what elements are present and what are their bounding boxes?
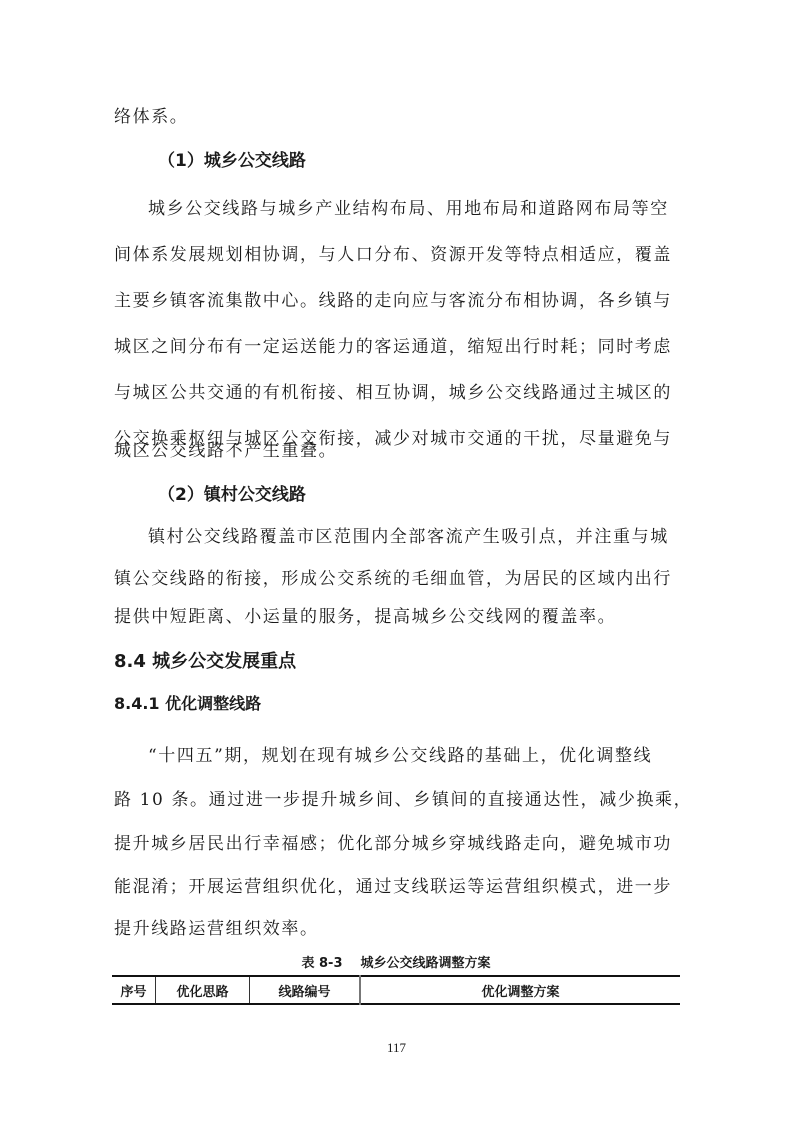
section-heading: 8.4 城乡公交发展重点 xyxy=(114,650,296,674)
table-caption-title: 城乡公交线路调整方案 xyxy=(361,956,491,971)
table-caption-number: 表 8-3 xyxy=(301,956,342,971)
header-approach: 优化思路 xyxy=(156,976,250,1004)
sub-heading-urban-rural-lines: （1）城乡公交线路 xyxy=(158,150,306,172)
paragraph-line: 能混淆；开展运营组织优化，通过支线联运等运营组织模式，进一步 xyxy=(114,876,684,898)
paragraph-line: 主要乡镇客流集散中心。线路的走向应与客流分布相协调，各乡镇与 xyxy=(114,290,684,312)
paragraph-line: 与城区公共交通的有机衔接、相互协调，城乡公交线路通过主城区的 xyxy=(114,382,684,404)
paragraph-line: 间体系发展规划相协调，与人口分布、资源开发等特点相适应，覆盖 xyxy=(114,244,684,266)
paragraph-line: 提升线路运营组织效率。 xyxy=(114,918,684,940)
paragraph-line: 城区之间分布有一定运送能力的客运通道，缩短出行时耗；同时考虑 xyxy=(114,336,684,358)
route-adjustment-table: 序号 优化思路 线路编号 优化调整方案 xyxy=(112,975,680,1005)
header-index: 序号 xyxy=(112,976,156,1004)
table-header-row: 序号 优化思路 线路编号 优化调整方案 xyxy=(112,976,680,1004)
paragraph-line: 路 10 条。通过进一步提升城乡间、乡镇间的直接通达性，减少换乘， xyxy=(114,789,684,811)
subsection-heading: 8.4.1 优化调整线路 xyxy=(114,693,261,715)
table-caption: 表 8-3城乡公交线路调整方案 xyxy=(112,952,680,971)
sub-heading-town-village-lines: （2）镇村公交线路 xyxy=(158,484,306,506)
paragraph-line: 络体系。 xyxy=(114,106,684,128)
paragraph-line: “十四五”期，规划在现有城乡公交线路的基础上，优化调整线 xyxy=(148,745,684,767)
paragraph-line: 城乡公交线路与城乡产业结构布局、用地布局和道路网布局等空 xyxy=(148,198,684,220)
paragraph-line: 镇村公交线路覆盖市区范围内全部客流产生吸引点，并注重与城 xyxy=(148,526,684,548)
header-adjustment-plan: 优化调整方案 xyxy=(360,976,680,1004)
header-route-number: 线路编号 xyxy=(250,976,361,1004)
paragraph-line: 提供中短距离、小运量的服务，提高城乡公交线网的覆盖率。 xyxy=(114,606,684,628)
paragraph-line: 城区公交线路不产生重叠。 xyxy=(114,440,684,462)
page-number: 117 xyxy=(0,1040,793,1056)
paragraph-line: 镇公交线路的衔接，形成公交系统的毛细血管，为居民的区域内出行 xyxy=(114,568,684,590)
paragraph-line: 提升城乡居民出行幸福感；优化部分城乡穿城线路走向，避免城市功 xyxy=(114,833,684,855)
